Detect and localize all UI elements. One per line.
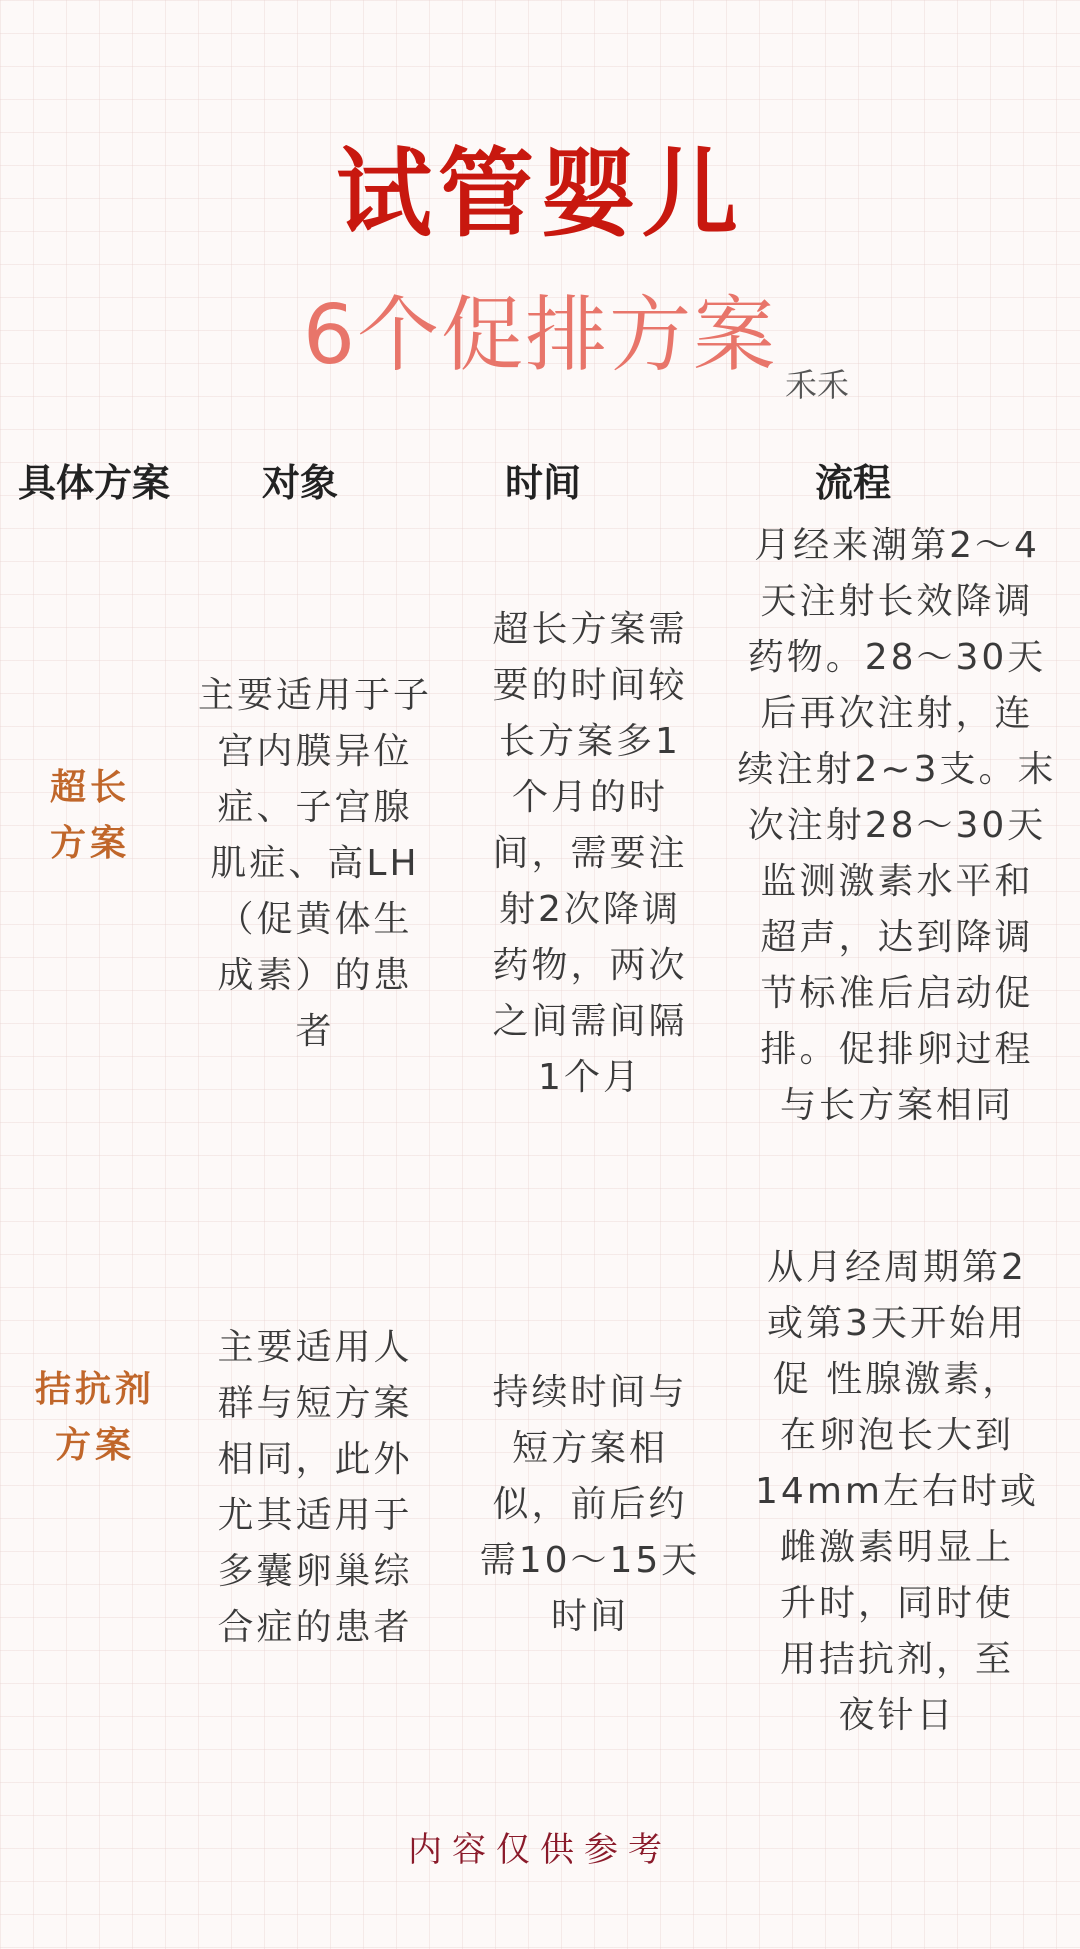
time-cell: 超长方案需 要的时间较 长方案多1 个月的时 间，需要注 射2次降调 药物，两次… [455, 602, 725, 1106]
column-header-time: 时间 [505, 452, 581, 507]
page-title: 试管婴儿 [0, 118, 1080, 255]
target-cell: 主要适用人 群与短方案 相同，此外 尤其适用于 多囊卵巢综 合症的患者 [180, 1320, 450, 1656]
column-header-plan: 具体方案 [18, 452, 170, 507]
disclaimer-note: 内容仅供参考 [0, 1822, 1080, 1871]
time-cell: 持续时间与 短方案相 似，前后约 需10～15天 时间 [455, 1365, 725, 1645]
author-signature: 禾禾 [785, 360, 849, 406]
column-header-process: 流程 [815, 452, 891, 507]
plan-name: 超长 方案 [20, 760, 160, 872]
process-cell: 从月经周期第2 或第3天开始用 促 性腺激素， 在卵泡长大到 14mm左右时或 … [722, 1240, 1072, 1744]
column-header-target: 对象 [262, 452, 338, 507]
page-subtitle: 6个促排方案 [0, 270, 1080, 387]
process-cell: 月经来潮第2～4 天注射长效降调 药物。28～30天 后再次注射，连 续注射2~… [722, 518, 1072, 1134]
target-cell: 主要适用于子 宫内膜异位 症、子宫腺 肌症、高LH （促黄体生 成素）的患 者 [180, 668, 450, 1060]
plan-name: 拮抗剂 方案 [10, 1362, 180, 1474]
